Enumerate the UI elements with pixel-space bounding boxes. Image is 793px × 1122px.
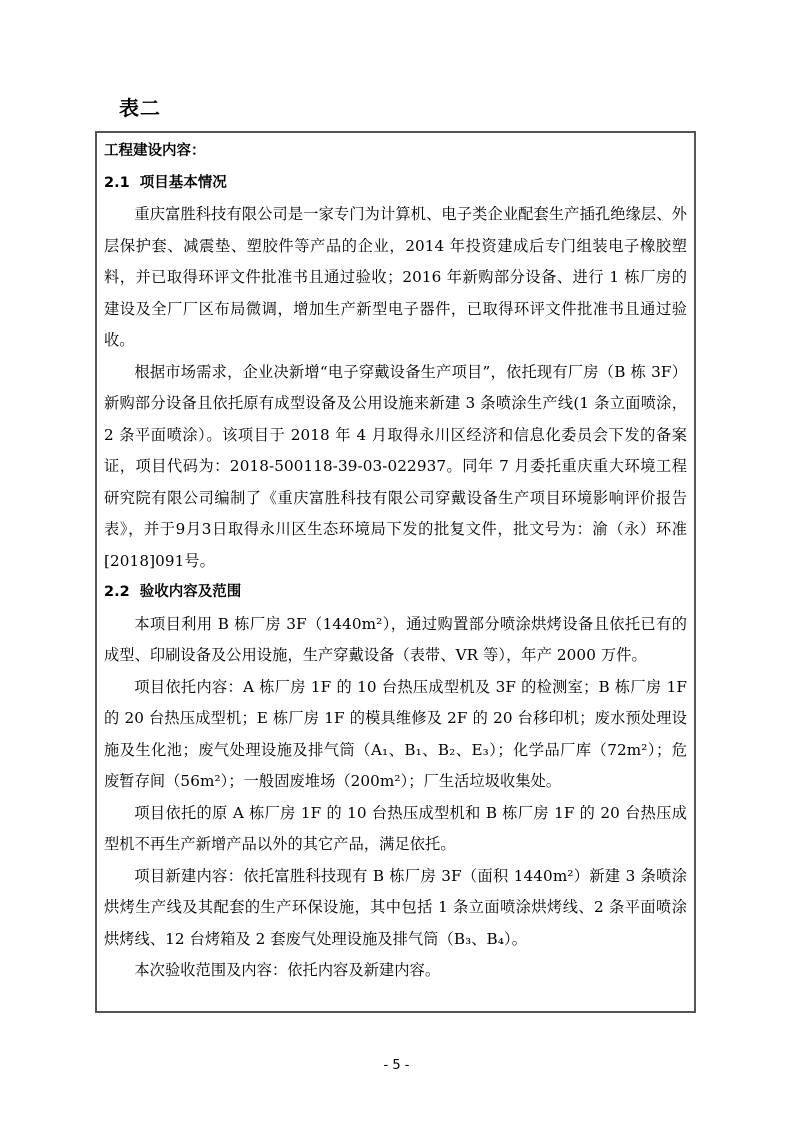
paragraph: 项目新建内容：依托富胜科技现有 B 栋厂房 3F（面积 1440m²）新建 3 … (104, 861, 687, 956)
page-heading: 表二 (119, 92, 161, 121)
section-title: 工程建设内容： (104, 136, 687, 168)
paragraph: 项目依托的原 A 栋厂房 1F 的 10 台热压成型机和 B 栋厂房 1F 的 … (104, 798, 687, 861)
content-table-box: 工程建设内容： 2.1 项目基本情况 重庆富胜科技有限公司是一家专门为计算机、电… (95, 131, 696, 1013)
content-inner: 工程建设内容： 2.1 项目基本情况 重庆富胜科技有限公司是一家专门为计算机、电… (104, 133, 687, 987)
paragraph: 项目依托内容：A 栋厂房 1F 的 10 台热压成型机及 3F 的检测室；B 栋… (104, 672, 687, 798)
section-title-text: 验收内容及范围 (140, 584, 242, 600)
paragraph: 重庆富胜科技有限公司是一家专门为计算机、电子类企业配套生产插孔绝缘层、外层保护套… (104, 199, 687, 357)
paragraph: 根据市场需求，企业决新增“电子穿戴设备生产项目”，依托现有厂房（B 栋 3F）新… (104, 357, 687, 578)
section-number: 2.1 (104, 175, 130, 191)
section-title-text: 项目基本情况 (140, 175, 227, 191)
section-2-2-heading: 2.2 验收内容及范围 (104, 577, 687, 609)
paragraph: 本次验收范围及内容：依托内容及新建内容。 (104, 955, 687, 987)
section-2-1-heading: 2.1 项目基本情况 (104, 168, 687, 200)
paragraph: 本项目利用 B 栋厂房 3F（1440m²），通过购置部分喷涂烘烤设备且依托已有… (104, 609, 687, 672)
section-number: 2.2 (104, 584, 130, 600)
page-number: - 5 - (0, 1058, 793, 1073)
